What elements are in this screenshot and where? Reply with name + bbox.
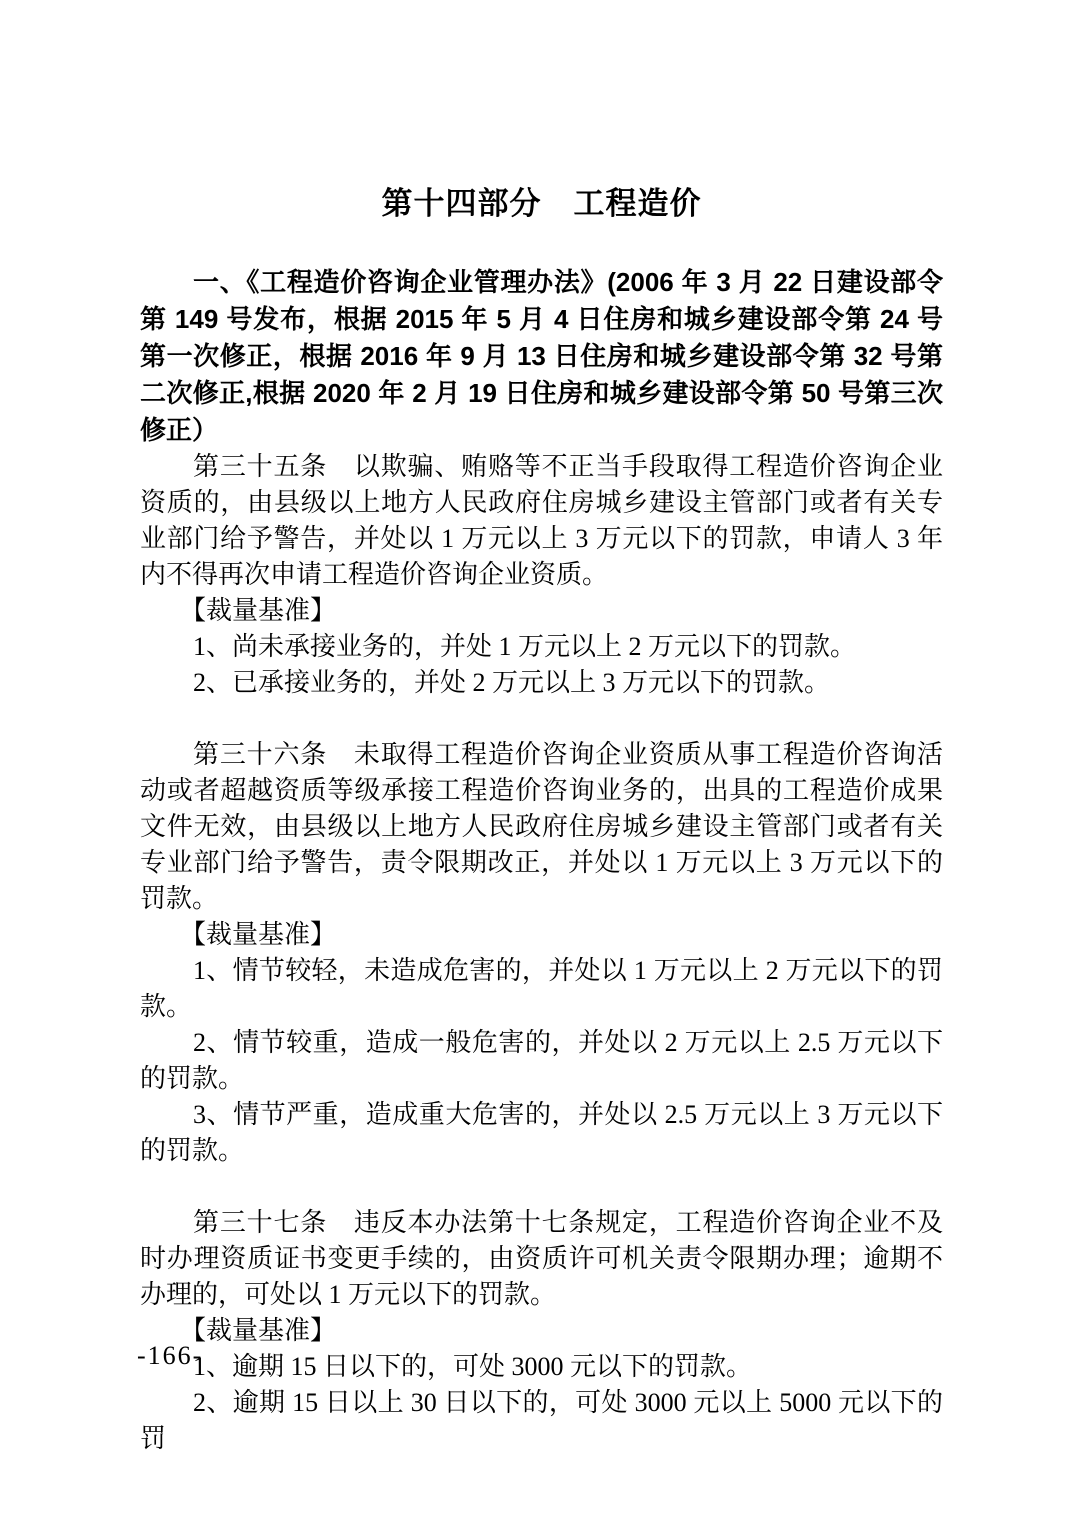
article-36-basis-label: 【裁量基准】 [140, 917, 943, 953]
article-36-item-3: 3、情节严重，造成重大危害的，并处以 2.5 万元以上 3 万元以下的罚款。 [140, 1097, 943, 1169]
article-35-item-2: 2、已承接业务的，并处 2 万元以上 3 万元以下的罚款。 [140, 665, 943, 701]
article-36-item-2: 2、情节较重，造成一般危害的，并处以 2 万元以上 2.5 万元以下的罚款。 [140, 1025, 943, 1097]
article-35-item-1: 1、尚未承接业务的，并处 1 万元以上 2 万元以下的罚款。 [140, 629, 943, 665]
article-35-text: 第三十五条 以欺骗、贿赂等不正当手段取得工程造价咨询企业资质的，由县级以上地方人… [140, 449, 943, 593]
page-number: -166- [137, 1340, 203, 1372]
article-37-item-1: 1、逾期 15 日以下的，可处 3000 元以下的罚款。 [140, 1349, 943, 1385]
regulation-heading: 一、《工程造价咨询企业管理办法》(2006 年 3 月 22 日建设部令第 14… [140, 264, 943, 449]
page-content: 第十四部分 工程造价 一、《工程造价咨询企业管理办法》(2006 年 3 月 2… [140, 184, 943, 1457]
article-36-item-1: 1、情节较轻，未造成危害的，并处以 1 万元以上 2 万元以下的罚款。 [140, 953, 943, 1025]
section-title: 第十四部分 工程造价 [140, 184, 943, 224]
article-36-text: 第三十六条 未取得工程造价咨询企业资质从事工程造价咨询活动或者超越资质等级承接工… [140, 737, 943, 917]
article-37-text: 第三十七条 违反本办法第十七条规定，工程造价咨询企业不及时办理资质证书变更手续的… [140, 1205, 943, 1313]
document-page: 第十四部分 工程造价 一、《工程造价咨询企业管理办法》(2006 年 3 月 2… [0, 0, 1075, 1520]
article-37-basis-label: 【裁量基准】 [140, 1313, 943, 1349]
article-35-basis-label: 【裁量基准】 [140, 593, 943, 629]
article-37-item-2: 2、逾期 15 日以上 30 日以下的，可处 3000 元以上 5000 元以下… [140, 1385, 943, 1457]
